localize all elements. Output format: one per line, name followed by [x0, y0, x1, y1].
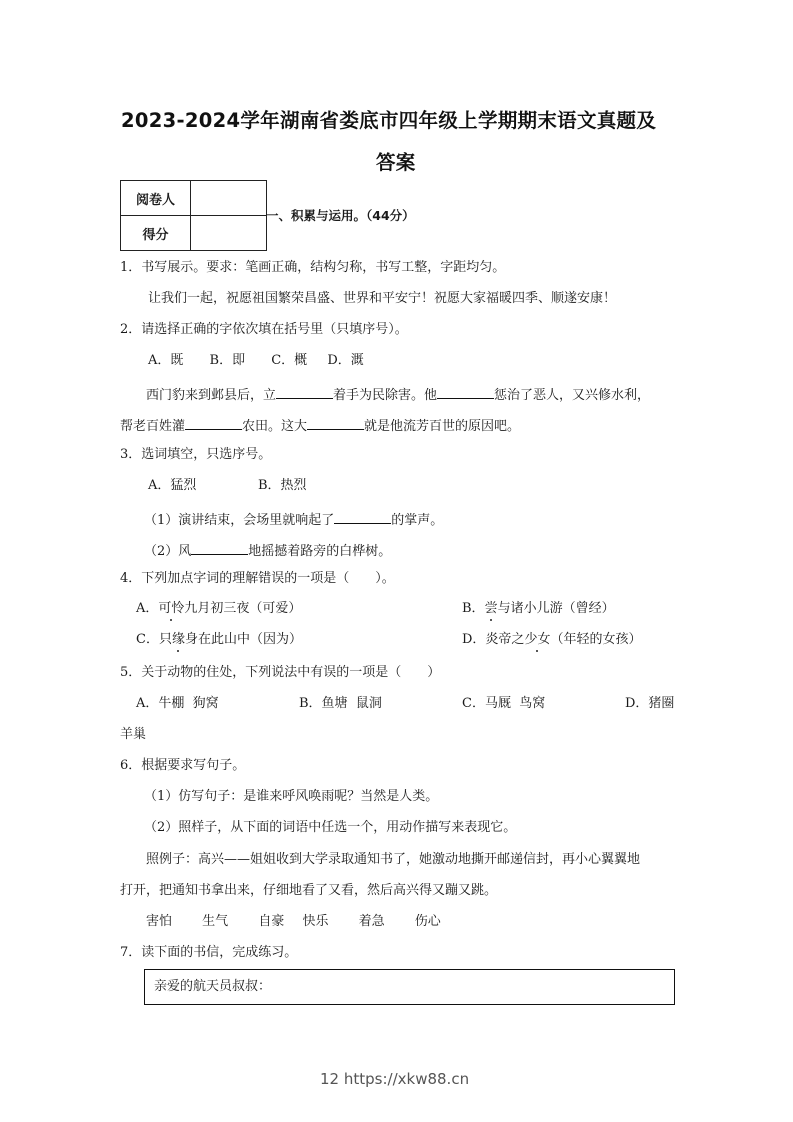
q4-option-c: C．只缘身在此山中（因为）: [136, 632, 302, 648]
q4-c-prefix: C．只: [136, 632, 172, 647]
q6-example-line2: 打开，把通知书拿出来，仔细地看了又看，然后高兴得又蹦又跳。: [120, 883, 497, 899]
q6-word: 快乐: [302, 914, 328, 929]
q4-option-a: A．可怜九月初三夜（可爱）: [136, 601, 301, 617]
q1-text: 让我们一起，祝愿祖国繁荣昌盛、世界和平安宁！祝愿大家福暖四季、顺遂安康！: [148, 291, 616, 307]
q2-text: 西门豹来到邺县后，立: [146, 388, 276, 403]
q2-option-d: D．溉: [327, 353, 363, 368]
q4-a-prefix: A．: [136, 601, 158, 616]
score-cell: [191, 216, 267, 251]
q5-stem: 5．关于动物的住处，下列说法中有误的一项是（ ）: [120, 665, 440, 681]
grader-label: 阅卷人: [121, 181, 191, 216]
q2-text: 惩治了恶人，又兴修水利，: [494, 388, 650, 403]
q3-text: 地摇撼着路旁的白桦树。: [248, 544, 391, 559]
q4-d-dotted: 少女: [524, 632, 550, 648]
site-link[interactable]: https://xkw88.cn: [344, 1070, 469, 1088]
q5-option-d: D．猪圈: [625, 696, 674, 712]
q6-word: 生气: [202, 914, 228, 929]
score-table: 阅卷人 得分: [120, 180, 267, 251]
q2-blank-1[interactable]: [276, 384, 333, 399]
q6-word: 害怕: [146, 914, 172, 929]
q2-option-c: C．概: [271, 353, 307, 368]
q4-a-dotted: 可怜: [158, 601, 184, 617]
document-title-line2: 答案: [376, 147, 416, 175]
q2-text: 农田。这大: [242, 419, 307, 434]
q4-b-rest: 与诸小儿游（曾经）: [498, 601, 615, 616]
q2-text: 就是他流芳百世的原因吧。: [364, 419, 520, 434]
q4-a-rest: 九月初三夜（可爱）: [184, 601, 301, 616]
q4-c-dotted: 缘: [172, 632, 185, 648]
q6-word: 着急: [359, 914, 385, 929]
q6-sub-2: （2）照样子，从下面的词语中任选一个，用动作描写来表现它。: [144, 820, 516, 836]
page-footer: 12 https://xkw88.cn: [320, 1070, 469, 1088]
q7-stem: 7．读下面的书信，完成练习。: [120, 945, 297, 961]
q6-word-list: 害怕 生气 自豪 快乐 着急 伤心: [146, 914, 441, 930]
q3-sentence-1: （1）演讲结束，会场里就响起了的掌声。: [144, 509, 443, 529]
q2-option-b: B．即: [210, 353, 246, 368]
q5-option-a: A．牛棚 狗窝: [136, 696, 219, 712]
q2-blank-4[interactable]: [307, 415, 364, 430]
q6-sub-1: （1）仿写句子：是谁来呼风唤雨呢？当然是人类。: [144, 789, 438, 805]
q2-options: A．既 B．即 C．概 D．溉: [148, 353, 364, 369]
page-number: 12: [320, 1070, 339, 1088]
q2-blank-3[interactable]: [185, 415, 242, 430]
q5-option-d-wrap: 羊巢: [120, 727, 146, 743]
q4-b-prefix: B．: [462, 601, 485, 616]
q2-text: 着手为民除害。他: [333, 388, 437, 403]
q6-word: 自豪: [258, 914, 284, 929]
q3-stem: 3．选词填空，只选序号。: [120, 447, 271, 463]
q4-option-d: D．炎帝之少女（年轻的女孩）: [462, 632, 641, 648]
q4-b-dotted: 尝: [485, 601, 498, 617]
q4-stem: 4．下列加点字词的理解错误的一项是（ ）。: [120, 571, 395, 587]
q2-passage-line2: 帮老百姓灌农田。这大就是他流芳百世的原因吧。: [120, 415, 520, 435]
q3-blank-2[interactable]: [191, 540, 248, 555]
q3-blank-1[interactable]: [334, 509, 391, 524]
score-label: 得分: [121, 216, 191, 251]
q6-example-line1: 照例子：高兴——姐姐收到大学录取通知书了，她激动地撕开邮递信封，再小心翼翼地: [146, 852, 640, 868]
q4-d-rest: （年轻的女孩）: [550, 632, 641, 647]
q3-text: 的掌声。: [391, 513, 443, 528]
q2-passage-line1: 西门豹来到邺县后，立着手为民除害。他惩治了恶人，又兴修水利，: [146, 384, 650, 404]
grader-cell: [191, 181, 267, 216]
q3-option-b: B．热烈: [258, 478, 307, 494]
letter-greeting: 亲爱的航天员叔叔：: [154, 979, 271, 995]
q3-text: （1）演讲结束，会场里就响起了: [144, 513, 334, 528]
q4-d-prefix: D．炎帝之: [462, 632, 524, 647]
q6-stem: 6．根据要求写句子。: [120, 758, 245, 774]
document-title-line1: 2023-2024学年湖南省娄底市四年级上学期期末语文真题及: [121, 105, 656, 133]
q2-stem: 2．请选择正确的字依次填在括号里（只填序号）。: [120, 322, 408, 338]
q3-sentence-2: （2）风地摇撼着路旁的白桦树。: [144, 540, 391, 560]
q5-option-c: C．马厩 鸟窝: [462, 696, 545, 712]
q3-option-a: A．猛烈: [148, 478, 196, 494]
q3-text: （2）风: [144, 544, 191, 559]
q1-stem: 1．书写展示。要求：笔画正确，结构匀称，书写工整，字距均匀。: [120, 260, 505, 276]
section-heading: 一、积累与运用。（44分）: [266, 206, 415, 224]
q2-text: 帮老百姓灌: [120, 419, 185, 434]
q4-option-b: B．尝与诸小儿游（曾经）: [462, 601, 615, 617]
q5-option-b: B．鱼塘 鼠洞: [299, 696, 382, 712]
q4-c-rest: 身在此山中（因为）: [185, 632, 302, 647]
letter-box: 亲爱的航天员叔叔：: [144, 969, 675, 1005]
q2-blank-2[interactable]: [437, 384, 494, 399]
q6-word: 伤心: [415, 914, 441, 929]
q2-option-a: A．既: [148, 353, 183, 368]
